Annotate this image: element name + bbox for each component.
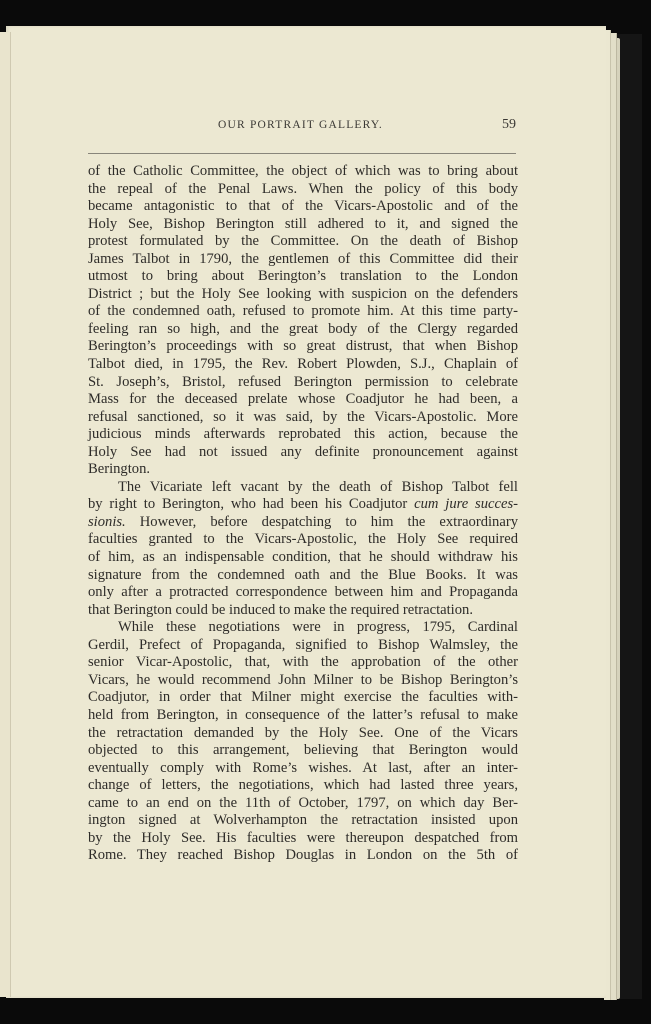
text-line: came to an end on the 11th of October, 1… [88, 795, 518, 813]
text-line: utmost to bring about Berington’s transl… [88, 268, 518, 286]
text-line: held from Berington, in consequence of t… [88, 707, 518, 725]
text-line: Holy See had not issued any definite pro… [88, 444, 518, 462]
paragraph: of the Catholic Committee, the object of… [88, 163, 518, 479]
text-line: Talbot died, in 1795, the Rev. Robert Pl… [88, 356, 518, 374]
book-scan: OUR PORTRAIT GALLERY. 59 of the Catholic… [0, 0, 651, 1024]
text-line: of him, as an indispensable condition, t… [88, 549, 518, 567]
running-title: OUR PORTRAIT GALLERY. [218, 119, 383, 131]
text-line: of the condemned oath, refused to promot… [88, 303, 518, 321]
body-text: of the Catholic Committee, the object of… [88, 163, 518, 865]
text-run: However, before despatching to him the e… [126, 514, 518, 530]
text-line: the retractation demanded by the Holy Se… [88, 725, 518, 743]
header-rule [88, 153, 516, 154]
text-line: the repeal of the Penal Laws. When the p… [88, 181, 518, 199]
text-line: judicious minds afterwards reprobated th… [88, 426, 518, 444]
text-line: senior Vicar-Apostolic, that, with the a… [88, 654, 518, 672]
text-line: Rome. They reached Bishop Douglas in Lon… [88, 847, 518, 865]
text-line: Holy See, Bishop Berington still adhered… [88, 216, 518, 234]
text-line: protest formulated by the Committee. On … [88, 233, 518, 251]
text-line: St. Joseph’s, Bristol, refused Berington… [88, 374, 518, 392]
text-run: by right to Berington, who had been his … [88, 496, 414, 512]
paragraph: The Vicariate left vacant by the death o… [88, 479, 518, 619]
text-line: feeling ran so high, and the great body … [88, 321, 518, 339]
text-line: Berington. [88, 461, 518, 479]
text-line: signature from the condemned oath and th… [88, 567, 518, 585]
text-line: Gerdil, Prefect of Propaganda, signified… [88, 637, 518, 655]
text-line: by the Holy See. His faculties were ther… [88, 830, 518, 848]
text-line: faculties granted to the Vicars-Apostoli… [88, 531, 518, 549]
text-line: only after a protracted correspondence b… [88, 584, 518, 602]
text-line: refusal sanctioned, so it was said, by t… [88, 409, 518, 427]
latin-phrase: cum jure succes- [414, 496, 518, 512]
text-line: eventually comply with Rome’s wishes. At… [88, 760, 518, 778]
text-line: by right to Berington, who had been his … [88, 496, 518, 514]
paragraph: While these negotiations were in progres… [88, 619, 518, 865]
text-line: Berington’s proceedings with so great di… [88, 338, 518, 356]
text-line: The Vicariate left vacant by the death o… [88, 479, 518, 497]
text-line: Coadjutor, in order that Milner might ex… [88, 689, 518, 707]
left-page-leaf [0, 32, 11, 997]
text-line: James Talbot in 1790, the gentlemen of t… [88, 251, 518, 269]
text-line: that Berington could be induced to make … [88, 602, 518, 620]
text-line: sionis. However, before despatching to h… [88, 514, 518, 532]
text-line: Mass for the deceased prelate whose Coad… [88, 391, 518, 409]
text-line: ington signed at Wolverhampton the retra… [88, 812, 518, 830]
text-line: While these negotiations were in progres… [88, 619, 518, 637]
text-line: change of letters, the negotiations, whi… [88, 777, 518, 795]
text-line: objected to this arrangement, believing … [88, 742, 518, 760]
page-number: 59 [502, 117, 516, 133]
latin-phrase: sionis. [88, 514, 126, 530]
text-line: District ; but the Holy See looking with… [88, 286, 518, 304]
text-line: became antagonistic to that of the Vicar… [88, 198, 518, 216]
text-line: Vicars, he would recommend John Milner t… [88, 672, 518, 690]
text-line: of the Catholic Committee, the object of… [88, 163, 518, 181]
